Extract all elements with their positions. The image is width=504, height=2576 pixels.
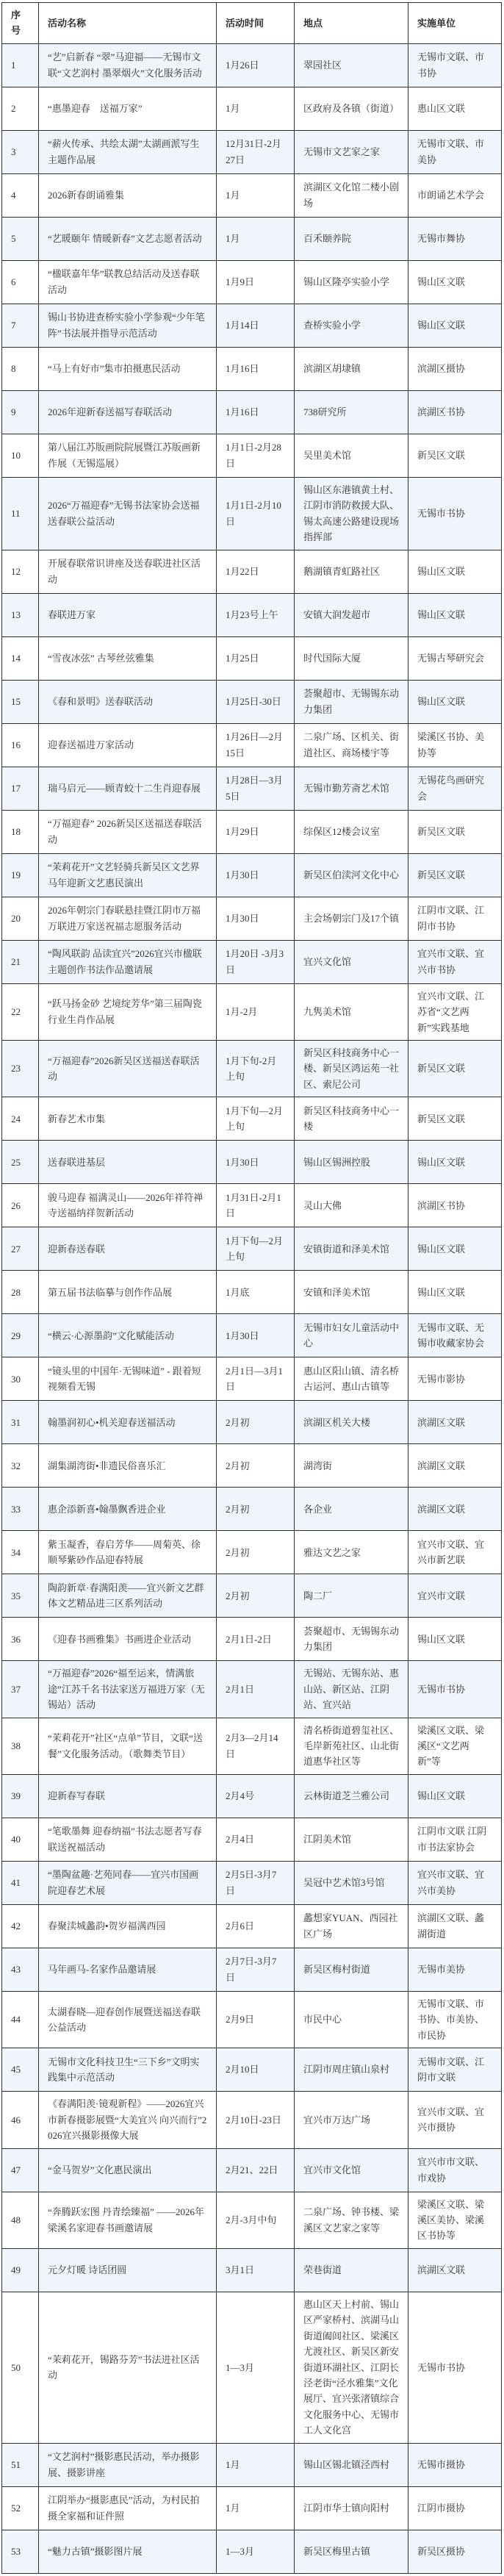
cell-place: 宜兴市万达广场	[295, 2092, 408, 2148]
cell-time: 1月	[217, 217, 295, 260]
cell-place: 二泉广场、钟书楼、梁溪区文艺家之家等	[295, 2192, 408, 2248]
cell-unit: 宜兴市文联、宜兴市新艺联	[408, 1531, 502, 1574]
cell-place: 锡山区锡北镇泾西村	[295, 2443, 408, 2486]
cell-no: 39	[2, 1774, 39, 1818]
cell-time: 2月1日	[217, 1661, 295, 1718]
table-row: 12 开展春联常识讲座及送春联进社区活动 1月22日 鹅湖镇青虹路社区 锡山区文…	[2, 550, 502, 593]
cell-unit: 滨湖区书协	[408, 390, 502, 434]
header-row: 序号 活动名称 活动时间 地点 实施单位	[2, 3, 502, 44]
col-header-no: 序号	[2, 3, 39, 44]
cell-unit: 市朗诵艺术学会	[408, 173, 502, 217]
cell-time: 1月20日 -3月3日	[217, 940, 295, 983]
page: 序号 活动名称 活动时间 地点 实施单位 1 “艺”启新春 “翠”马迎福——无锡…	[0, 0, 504, 2576]
activities-table: 序号 活动名称 活动时间 地点 实施单位 1 “艺”启新春 “翠”马迎福——无锡…	[1, 2, 502, 2574]
cell-no: 14	[2, 636, 39, 680]
table-row: 38 “茉莉花开”社区“点单”节目，文联“送餐”文化服务活动。（歌舞类节目） 2…	[2, 1718, 502, 1774]
cell-time: 1月30日	[217, 1141, 295, 1184]
table-row: 29 “横云·心源墨韵”文化赋能活动 1月30日 无锡市妇女儿童活动中心 无锡市…	[2, 1314, 502, 1357]
cell-time: 1月下旬—2月上旬	[217, 1097, 295, 1141]
cell-time: 1月22日	[217, 550, 295, 593]
cell-no: 46	[2, 2092, 39, 2148]
cell-no: 52	[2, 2486, 39, 2530]
cell-time: 1月	[217, 2486, 295, 2530]
cell-time: 1月26日	[217, 43, 295, 87]
cell-name: 《春和景明》送春联活动	[39, 680, 217, 723]
cell-no: 17	[2, 767, 39, 810]
table-row: 34 紫玉凝香，春启芳华——周菊英、徐顺琴紫砂作品迎春特展 2月初 雅达文艺之家…	[2, 1531, 502, 1574]
cell-place: 江阴市华士镇向阳村	[295, 2486, 408, 2530]
table-row: 28 第五届书法临摹与创作作品展 1月底 安镇和泽美术馆 锡山区文联	[2, 1271, 502, 1314]
cell-place: 江阴美术馆	[295, 1818, 408, 1861]
cell-no: 33	[2, 1488, 39, 1531]
table-row: 32 湖集湖湾街•非遗民俗喜乐汇 2月初 湖湾街 滨湖区文联	[2, 1444, 502, 1488]
cell-place: 江阴市周庄镇山泉村	[295, 2048, 408, 2092]
cell-name: 紫玉凝香，春启芳华——周菊英、徐顺琴紫砂作品迎春特展	[39, 1531, 217, 1574]
cell-time: 1月16日	[217, 347, 295, 390]
cell-unit: 锡山区文联	[408, 1618, 502, 1661]
cell-no: 3	[2, 130, 39, 173]
cell-no: 25	[2, 1141, 39, 1184]
cell-no: 12	[2, 550, 39, 593]
cell-unit: 锡山区文联	[408, 680, 502, 723]
table-row: 40 “笔歌墨舞 迎春纳福”书法志愿者写春联送祝福活动 2月4日 江阴美术馆 江…	[2, 1818, 502, 1861]
cell-place: 区政府及各镇（街道）	[295, 87, 408, 130]
cell-place: 二泉广场、区机关、街道社区、商场楼宇等	[295, 723, 408, 767]
cell-time: 1月16日	[217, 390, 295, 434]
table-row: 5 “艺暖颐年 情暖新春”文艺志愿者活动 1月 百禾颐养院 无锡市舞协	[2, 217, 502, 260]
cell-unit: 新吴区文联	[408, 434, 502, 477]
cell-no: 28	[2, 1271, 39, 1314]
cell-place: 安镇大润发超市	[295, 593, 408, 636]
cell-unit: 梁溪区书协、美协等	[408, 723, 502, 767]
cell-name: 《春满阳羡·镜观新程》——2026宜兴市新春摄影展暨“大美宜兴 向兴而行”202…	[39, 2092, 217, 2148]
cell-unit: 滨湖区文联	[408, 1488, 502, 1531]
cell-name: “马上有好市”集市拍摄惠民活动	[39, 347, 217, 390]
table-row: 7 锡山书协进查桥实验小学参观“少年笔阵”书法展并指导示范活动 1月14日 查桥…	[2, 304, 502, 347]
cell-time: 2月4日	[217, 1818, 295, 1861]
cell-no: 9	[2, 390, 39, 434]
cell-no: 13	[2, 593, 39, 636]
cell-time: 1月下旬—2月上旬	[217, 1227, 295, 1271]
cell-place: 惠山区天上村前、锡山区严家桥村、滨湖马山街道阖闾社区、梁溪区尤渡社区、新吴区新安…	[295, 2292, 408, 2443]
cell-no: 37	[2, 1661, 39, 1718]
cell-no: 22	[2, 983, 39, 1040]
table-row: 48 “奔腾跃宏图 丹青绘臻福” ——2026年梁溪名家迎春书画邀请展 2月-3…	[2, 2192, 502, 2248]
cell-unit: 无锡花鸟画研究会	[408, 767, 502, 810]
cell-name: “茉莉花开，锡路芬芳”书法进社区活动	[39, 2292, 217, 2443]
cell-time: 1月25日-30日	[217, 680, 295, 723]
cell-unit: 滨湖区书协	[408, 1184, 502, 1227]
cell-unit: 无锡市文联、市书协	[408, 43, 502, 87]
cell-no: 10	[2, 434, 39, 477]
cell-place: 宜兴市文化馆	[295, 2148, 408, 2192]
cell-no: 6	[2, 260, 39, 304]
cell-time: 1月30日	[217, 853, 295, 897]
table-row: 8 “马上有好市”集市拍摄惠民活动 1月16日 滨湖区胡埭镇 滨湖区摄协	[2, 347, 502, 390]
cell-place: 738研究所	[295, 390, 408, 434]
cell-time: 1月29日	[217, 810, 295, 853]
cell-place: 九隽美术馆	[295, 983, 408, 1040]
cell-name: 迎春送福进万家活动	[39, 723, 217, 767]
cell-unit: 无锡市美协	[408, 1948, 502, 1991]
cell-time: 1月-2月	[217, 983, 295, 1040]
cell-place: 滨湖区机关大楼	[295, 1401, 408, 1444]
cell-time: 1月25日	[217, 636, 295, 680]
cell-no: 30	[2, 1357, 39, 1401]
cell-name: 第五届书法临摹与创作作品展	[39, 1271, 217, 1314]
cell-unit: 无锡市书协	[408, 1661, 502, 1718]
cell-unit: 无锡市书协	[408, 2292, 502, 2443]
cell-unit: 新吴区摄协	[408, 2530, 502, 2573]
cell-unit: 新吴区文联	[408, 810, 502, 853]
cell-time: 2月1日-2日	[217, 1618, 295, 1661]
cell-time: 1月	[217, 87, 295, 130]
cell-time: 2月6日	[217, 1904, 295, 1948]
cell-time: 1月30日	[217, 1314, 295, 1357]
table-row: 45 无锡市文化科技卫生“三下乡”文明实践集中示范活动 2月10日 江阴市周庄镇…	[2, 2048, 502, 2092]
cell-name: “金马贺岁”文化惠民演出	[39, 2148, 217, 2192]
cell-unit: 锡山区文联	[408, 1227, 502, 1271]
cell-place: 锡山区东港镇黄土村、江阴市消防救援大队、锡太高速公路建设现场指挥部	[295, 477, 408, 550]
cell-no: 48	[2, 2192, 39, 2248]
col-header-unit: 实施单位	[408, 3, 502, 44]
cell-place: 新吴区科技商务中心一楼	[295, 1097, 408, 1141]
table-row: 26 骏马迎春 福满灵山——2026年祥符禅寺送福纳祥贺新活动 1月31日-2月…	[2, 1184, 502, 1227]
table-row: 46 《春满阳羡·镜观新程》——2026宜兴市新春摄影展暨“大美宜兴 向兴而行”…	[2, 2092, 502, 2148]
cell-unit: 滨湖区文联	[408, 1401, 502, 1444]
cell-place: 锡山区隆亭实验小学	[295, 260, 408, 304]
cell-unit: 无锡市影协	[408, 1357, 502, 1401]
cell-no: 35	[2, 1574, 39, 1618]
cell-name: “万福迎春”2026新吴区送福送春联活动	[39, 1040, 217, 1097]
cell-place: 荣巷街道	[295, 2248, 408, 2292]
cell-unit: 无锡市文联、市美协	[408, 130, 502, 173]
table-row: 44 太湖春晓—迎春创作展暨送福送春联公益活动 2月9日 市民中心 无锡市文联、…	[2, 1991, 502, 2048]
cell-place: 灵山大佛	[295, 1184, 408, 1227]
table-row: 43 马年画马-名家作品邀请展 2月7日-3月7日 新吴区梅村街道 无锡市美协	[2, 1948, 502, 1991]
table-row: 30 “镜头里的中国年·无锡味道” - 跟着短视频看无锡 2月1日—3月1日 惠…	[2, 1357, 502, 1401]
cell-time: 2月初	[217, 1401, 295, 1444]
cell-name: 无锡市文化科技卫生“三下乡”文明实践集中示范活动	[39, 2048, 217, 2092]
table-row: 52 江阴举办“摄影惠民”活动，为村民拍摄全家福和证件照 1月 江阴市华士镇向阳…	[2, 2486, 502, 2530]
cell-time: 2月初	[217, 1531, 295, 1574]
cell-unit: 宜兴市文联	[408, 1574, 502, 1618]
table-row: 25 送春联进基层 1月30日 锡山区锡洲控股 锡山区文联	[2, 1141, 502, 1184]
cell-no: 23	[2, 1040, 39, 1097]
cell-name: 开展春联常识讲座及送春联进社区活动	[39, 550, 217, 593]
table-row: 17 瑞马启元——顾青蛟十二生肖迎春展 1月28日—3月5日 无锡市勤芳斋艺术馆…	[2, 767, 502, 810]
table-row: 1 “艺”启新春 “翠”马迎福——无锡市文联“文艺润村 墨翠烟火”文化服务活动 …	[2, 43, 502, 87]
cell-unit: 无锡市书协	[408, 477, 502, 550]
cell-no: 51	[2, 2443, 39, 2486]
cell-time: 2月1日—3月1日	[217, 1357, 295, 1401]
cell-no: 15	[2, 680, 39, 723]
cell-name: “万福迎春”2026“福至运来，情满旅途”江苏千名书法家送万福进万家（无锡站）活…	[39, 1661, 217, 1718]
table-row: 36 《迎春书画雅集》书画进企业活动 2月1日-2日 荟聚超市、无锡锡东动力集团…	[2, 1618, 502, 1661]
cell-unit: 无锡市摄协	[408, 2443, 502, 2486]
cell-no: 19	[2, 853, 39, 897]
table-row: 33 惠企添新喜•翰墨飘香进企业 2月初 各企业 滨湖区文联	[2, 1488, 502, 1531]
cell-time: 2月4号	[217, 1774, 295, 1818]
cell-no: 31	[2, 1401, 39, 1444]
table-row: 6 “楹联嘉年华”联教总结活动及送春联活动 1月9日 锡山区隆亭实验小学 锡山区…	[2, 260, 502, 304]
cell-name: “奔腾跃宏图 丹青绘臻福” ——2026年梁溪名家迎春书画邀请展	[39, 2192, 217, 2248]
cell-place: 新吴区梅里古镇	[295, 2530, 408, 2573]
cell-no: 29	[2, 1314, 39, 1357]
cell-name: 江阴举办“摄影惠民”活动，为村民拍摄全家福和证件照	[39, 2486, 217, 2530]
cell-place: 市民中心	[295, 1991, 408, 2048]
cell-no: 27	[2, 1227, 39, 1271]
table-row: 41 “墨陶盆趣·艺苑同春——宜兴市国画院迎春艺术展 2月5日-3月7日 吴冠中…	[2, 1861, 502, 1904]
cell-time: 2月初	[217, 1488, 295, 1531]
cell-name: “艺”启新春 “翠”马迎福——无锡市文联“文艺润村 墨翠烟火”文化服务活动	[39, 43, 217, 87]
cell-unit: 无锡古琴研究会	[408, 636, 502, 680]
cell-unit: 滨湖区摄协	[408, 347, 502, 390]
table-row: 39 迎新春写春联 2月4号 云林街道芝兰雅公司 锡山区文联	[2, 1774, 502, 1818]
cell-time: 2月-3月中旬	[217, 2192, 295, 2248]
table-row: 13 春联进万家 1月23号上午 安镇大润发超市 锡山区文联	[2, 593, 502, 636]
cell-name: “薪火传承、共绘太湖”太湖画派写生主题作品展	[39, 130, 217, 173]
cell-name: “茉莉花开”社区“点单”节目，文联“送餐”文化服务活动。（歌舞类节目）	[39, 1718, 217, 1774]
cell-place: 蠡想家YUAN、西园社区广场	[295, 1904, 408, 1948]
cell-no: 43	[2, 1948, 39, 1991]
cell-time: 2月7日-3月7日	[217, 1948, 295, 1991]
cell-time: 1—3月	[217, 2292, 295, 2443]
table-row: 49 元夕灯暖 诗话团圆 3月1日 荣巷街道 滨湖区文联	[2, 2248, 502, 2292]
cell-no: 45	[2, 2048, 39, 2092]
cell-no: 20	[2, 897, 39, 940]
cell-name: “万福迎春” 2026新吴区送福送春联活动	[39, 810, 217, 853]
table-row: 22 “跃马扬金砂 艺境绽芳华”第三届陶瓷行业生肖作品展 1月-2月 九隽美术馆…	[2, 983, 502, 1040]
cell-place: 无锡市妇女儿童活动中心	[295, 1314, 408, 1357]
cell-no: 11	[2, 477, 39, 550]
table-row: 42 春聚渎城蠡韵•贺岁福满西园 2月6日 蠡想家YUAN、西园社区广场 滨湖区…	[2, 1904, 502, 1948]
table-row: 15 《春和景明》送春联活动 1月25日-30日 荟聚超市、无锡锡东动力集团 锡…	[2, 680, 502, 723]
cell-unit: 锡山区文联	[408, 304, 502, 347]
cell-place: 锡山区锡洲控股	[295, 1141, 408, 1184]
cell-place: 安镇和泽美术馆	[295, 1271, 408, 1314]
cell-place: 荟聚超市、无锡锡东动力集团	[295, 680, 408, 723]
cell-time: 1月14日	[217, 304, 295, 347]
cell-name: 2026新春朗诵雅集	[39, 173, 217, 217]
cell-no: 18	[2, 810, 39, 853]
cell-name: “雪夜冰弦” 古琴丝弦雅集	[39, 636, 217, 680]
cell-no: 42	[2, 1904, 39, 1948]
cell-name: “墨陶盆趣·艺苑同春——宜兴市国画院迎春艺术展	[39, 1861, 217, 1904]
cell-name: 2026“万福迎春”无锡书法家协会送福送春联公益活动	[39, 477, 217, 550]
table-row: 23 “万福迎春”2026新吴区送福送春联活动 1月下旬-2月上旬 新吴区科技商…	[2, 1040, 502, 1097]
cell-name: 春聚渎城蠡韵•贺岁福满西园	[39, 1904, 217, 1948]
cell-unit: 无锡市文联、无锡市收藏家协会	[408, 1314, 502, 1357]
cell-time: 1月1日-2月10日	[217, 477, 295, 550]
cell-unit: 新吴区文联	[408, 853, 502, 897]
cell-name: “惠墨迎春 送福万家”	[39, 87, 217, 130]
cell-no: 36	[2, 1618, 39, 1661]
cell-name: 瑞马启元——顾青蛟十二生肖迎春展	[39, 767, 217, 810]
cell-name: 锡山书协进查桥实验小学参观“少年笔阵”书法展并指导示范活动	[39, 304, 217, 347]
cell-unit: 梁溪区文联、梁溪区“文艺两新”等	[408, 1718, 502, 1774]
table-row: 21 “陶风联韵 品读宜兴”2026宜兴市楹联主题创作书法作品邀请展 1月20日…	[2, 940, 502, 983]
cell-no: 50	[2, 2292, 39, 2443]
cell-unit: 锡山区文联	[408, 1271, 502, 1314]
cell-no: 49	[2, 2248, 39, 2292]
cell-time: 1月28日—3月5日	[217, 767, 295, 810]
cell-no: 53	[2, 2530, 39, 2573]
cell-name: “楹联嘉年华”联教总结活动及送春联活动	[39, 260, 217, 304]
cell-no: 7	[2, 304, 39, 347]
cell-time: 1月底	[217, 1271, 295, 1314]
cell-place: 云林街道芝兰雅公司	[295, 1774, 408, 1818]
cell-place: 清名桥街道碧玺社区、毛岸新苑社区、山北街道惠华社区等	[295, 1718, 408, 1774]
cell-time: 1月30日	[217, 897, 295, 940]
cell-place: 翠园社区	[295, 43, 408, 87]
table-row: 4 2026新春朗诵雅集 1月 滨湖区文化馆二楼小剧场 市朗诵艺术学会	[2, 173, 502, 217]
cell-place: 滨湖区文化馆二楼小剧场	[295, 173, 408, 217]
cell-place: 百禾颐养院	[295, 217, 408, 260]
cell-place: 鹅湖镇青虹路社区	[295, 550, 408, 593]
cell-unit: 宜兴市文联、江苏省“文艺两新”实践基地	[408, 983, 502, 1040]
cell-name: “陶风联韵 品读宜兴”2026宜兴市楹联主题创作书法作品邀请展	[39, 940, 217, 983]
table-row: 18 “万福迎春” 2026新吴区送福送春联活动 1月29日 综保区12楼会议室…	[2, 810, 502, 853]
cell-place: 无锡站、无锡东站、惠山站、新区站、江阴站、宜兴站	[295, 1661, 408, 1718]
cell-unit: 梁溪区文联、梁溪区美协、梁溪区书协等	[408, 2192, 502, 2248]
cell-name: “跃马扬金砂 艺境绽芳华”第三届陶瓷行业生肖作品展	[39, 983, 217, 1040]
col-header-name: 活动名称	[39, 3, 217, 44]
table-row: 47 “金马贺岁”文化惠民演出 2月21、22日 宜兴市文化馆 宜兴市市文联、市…	[2, 2148, 502, 2192]
cell-name: “文艺润村”摄影惠民活动，举办摄影展、摄影讲座	[39, 2443, 217, 2486]
cell-time: 1月9日	[217, 260, 295, 304]
cell-time: 1月26日—2月15日	[217, 723, 295, 767]
cell-place: 吴冠中艺术馆3号馆	[295, 1861, 408, 1904]
cell-time: 2月10日	[217, 2048, 295, 2092]
cell-time: 1月	[217, 173, 295, 217]
cell-place: 荟聚超市、无锡锡东动力集团	[295, 1618, 408, 1661]
cell-place: 滨湖区胡埭镇	[295, 347, 408, 390]
cell-name: 《迎春书画雅集》书画进企业活动	[39, 1618, 217, 1661]
col-header-place: 地点	[295, 3, 408, 44]
cell-name: 骏马迎春 福满灵山——2026年祥符禅寺送福纳祥贺新活动	[39, 1184, 217, 1227]
col-header-time: 活动时间	[217, 3, 295, 44]
cell-time: 2月3—2月14日	[217, 1718, 295, 1774]
table-row: 20 2026年朝宗门春联悬挂暨江阴市万福万联进万家送祝福志愿服务活动 1月30…	[2, 897, 502, 940]
cell-name: “茉莉花开”文艺轻骑兵新吴区文艺界马年迎新文艺惠民演出	[39, 853, 217, 897]
cell-place: 时代国际大厦	[295, 636, 408, 680]
cell-time: 2月21、22日	[217, 2148, 295, 2192]
cell-unit: 锡山区文联	[408, 550, 502, 593]
table-row: 3 “薪火传承、共绘太湖”太湖画派写生主题作品展 12月31日-2月27日 无锡…	[2, 130, 502, 173]
cell-time: 1月下旬-2月上旬	[217, 1040, 295, 1097]
cell-unit: 滨湖区文联、蠡湖街道	[408, 1904, 502, 1948]
cell-unit: 锡山区文联	[408, 1774, 502, 1818]
cell-time: 2月初	[217, 1444, 295, 1488]
cell-place: 新吴区科技商务中心一楼、新吴区鸿运苑一社区、索尼公司	[295, 1040, 408, 1097]
cell-place: 陶二厂	[295, 1574, 408, 1618]
cell-name: “艺暖颐年 情暖新春”文艺志愿者活动	[39, 217, 217, 260]
cell-name: “笔歌墨舞 迎春纳福”书法志愿者写春联送祝福活动	[39, 1818, 217, 1861]
cell-no: 21	[2, 940, 39, 983]
cell-name: “镜头里的中国年·无锡味道” - 跟着短视频看无锡	[39, 1357, 217, 1401]
cell-unit: 新吴区文联	[408, 1097, 502, 1141]
table-header: 序号 活动名称 活动时间 地点 实施单位	[2, 3, 502, 44]
table-row: 9 2026年迎新春送福写春联活动 1月16日 738研究所 滨湖区书协	[2, 390, 502, 434]
table-row: 10 第八届江苏版画院院展暨江苏版画新作展（无锡巡展） 1月1日-2月28日 吴…	[2, 434, 502, 477]
cell-time: 1月1日-2月28日	[217, 434, 295, 477]
cell-name: 翰墨润初心•机关迎春送福活动	[39, 1401, 217, 1444]
cell-name: 太湖春晓—迎春创作展暨送福送春联公益活动	[39, 1991, 217, 2048]
table-row: 37 “万福迎春”2026“福至运来，情满旅途”江苏千名书法家送万福进万家（无锡…	[2, 1661, 502, 1718]
table-row: 27 迎新春送春联 1月下旬—2月上旬 安镇街道和泽美术馆 锡山区文联	[2, 1227, 502, 1271]
cell-place: 新吴区梅村街道	[295, 1948, 408, 1991]
cell-place: 惠山区阳山镇、清名桥古运河、惠山古镇等	[295, 1357, 408, 1401]
cell-place: 综保区12楼会议室	[295, 810, 408, 853]
cell-unit: 惠山区文联	[408, 87, 502, 130]
cell-place: 吴里美术馆	[295, 434, 408, 477]
cell-name: 迎新春送春联	[39, 1227, 217, 1271]
cell-place: 各企业	[295, 1488, 408, 1531]
cell-time: 2月10日-23日	[217, 2092, 295, 2148]
table-row: 50 “茉莉花开，锡路芬芳”书法进社区活动 1—3月 惠山区天上村前、锡山区严家…	[2, 2292, 502, 2443]
cell-unit: 滨湖区文联	[408, 1444, 502, 1488]
cell-unit: 滨湖区文联	[408, 2248, 502, 2292]
cell-place: 无锡市勤芳斋艺术馆	[295, 767, 408, 810]
cell-unit: 无锡市文联、江阴市文联	[408, 2048, 502, 2092]
cell-name: 2026年迎新春送福写春联活动	[39, 390, 217, 434]
cell-place: 新吴区伯渎河文化中心	[295, 853, 408, 897]
cell-no: 16	[2, 723, 39, 767]
cell-place: 无锡市文艺家之家	[295, 130, 408, 173]
table-body: 1 “艺”启新春 “翠”马迎福——无锡市文联“文艺润村 墨翠烟火”文化服务活动 …	[2, 43, 502, 2573]
cell-time: 1月23号上午	[217, 593, 295, 636]
cell-name: “魅力古镇”摄影图片展	[39, 2530, 217, 2573]
table-row: 11 2026“万福迎春”无锡书法家协会送福送春联公益活动 1月1日-2月10日…	[2, 477, 502, 550]
cell-time: 2月9日	[217, 1991, 295, 2048]
cell-unit: 无锡市舞协	[408, 217, 502, 260]
cell-no: 34	[2, 1531, 39, 1574]
table-row: 14 “雪夜冰弦” 古琴丝弦雅集 1月25日 时代国际大厦 无锡古琴研究会	[2, 636, 502, 680]
cell-name: 惠企添新喜•翰墨飘香进企业	[39, 1488, 217, 1531]
table-row: 19 “茉莉花开”文艺轻骑兵新吴区文艺界马年迎新文艺惠民演出 1月30日 新吴区…	[2, 853, 502, 897]
cell-unit: 江阴市摄协	[408, 2486, 502, 2530]
cell-place: 安镇街道和泽美术馆	[295, 1227, 408, 1271]
cell-unit: 宜兴市市文联、市戏协	[408, 2148, 502, 2192]
cell-time: 2月初	[217, 1574, 295, 1618]
cell-name: 第八届江苏版画院院展暨江苏版画新作展（无锡巡展）	[39, 434, 217, 477]
cell-unit: 锡山区文联	[408, 593, 502, 636]
cell-time: 2月5日-3月7日	[217, 1861, 295, 1904]
table-row: 51 “文艺润村”摄影惠民活动，举办摄影展、摄影讲座 1月 锡山区锡北镇泾西村 …	[2, 2443, 502, 2486]
cell-name: 送春联进基层	[39, 1141, 217, 1184]
cell-name: 马年画马-名家作品邀请展	[39, 1948, 217, 1991]
cell-no: 1	[2, 43, 39, 87]
cell-no: 47	[2, 2148, 39, 2192]
table-row: 24 新春艺术市集 1月下旬—2月上旬 新吴区科技商务中心一楼 新吴区文联	[2, 1097, 502, 1141]
table-row: 16 迎春送福进万家活动 1月26日—2月15日 二泉广场、区机关、街道社区、商…	[2, 723, 502, 767]
cell-time: 1月	[217, 2443, 295, 2486]
cell-name: 湖集湖湾街•非遗民俗喜乐汇	[39, 1444, 217, 1488]
cell-no: 4	[2, 173, 39, 217]
cell-place: 宜兴文化馆	[295, 940, 408, 983]
cell-no: 2	[2, 87, 39, 130]
cell-time: 1月31日-2月1日	[217, 1184, 295, 1227]
cell-name: 新春艺术市集	[39, 1097, 217, 1141]
cell-no: 26	[2, 1184, 39, 1227]
cell-unit: 新吴区文联	[408, 1040, 502, 1097]
cell-place: 湖湾街	[295, 1444, 408, 1488]
cell-no: 24	[2, 1097, 39, 1141]
cell-unit: 江阴市文联、江阴市书协	[408, 897, 502, 940]
cell-name: 春联进万家	[39, 593, 217, 636]
cell-no: 8	[2, 347, 39, 390]
